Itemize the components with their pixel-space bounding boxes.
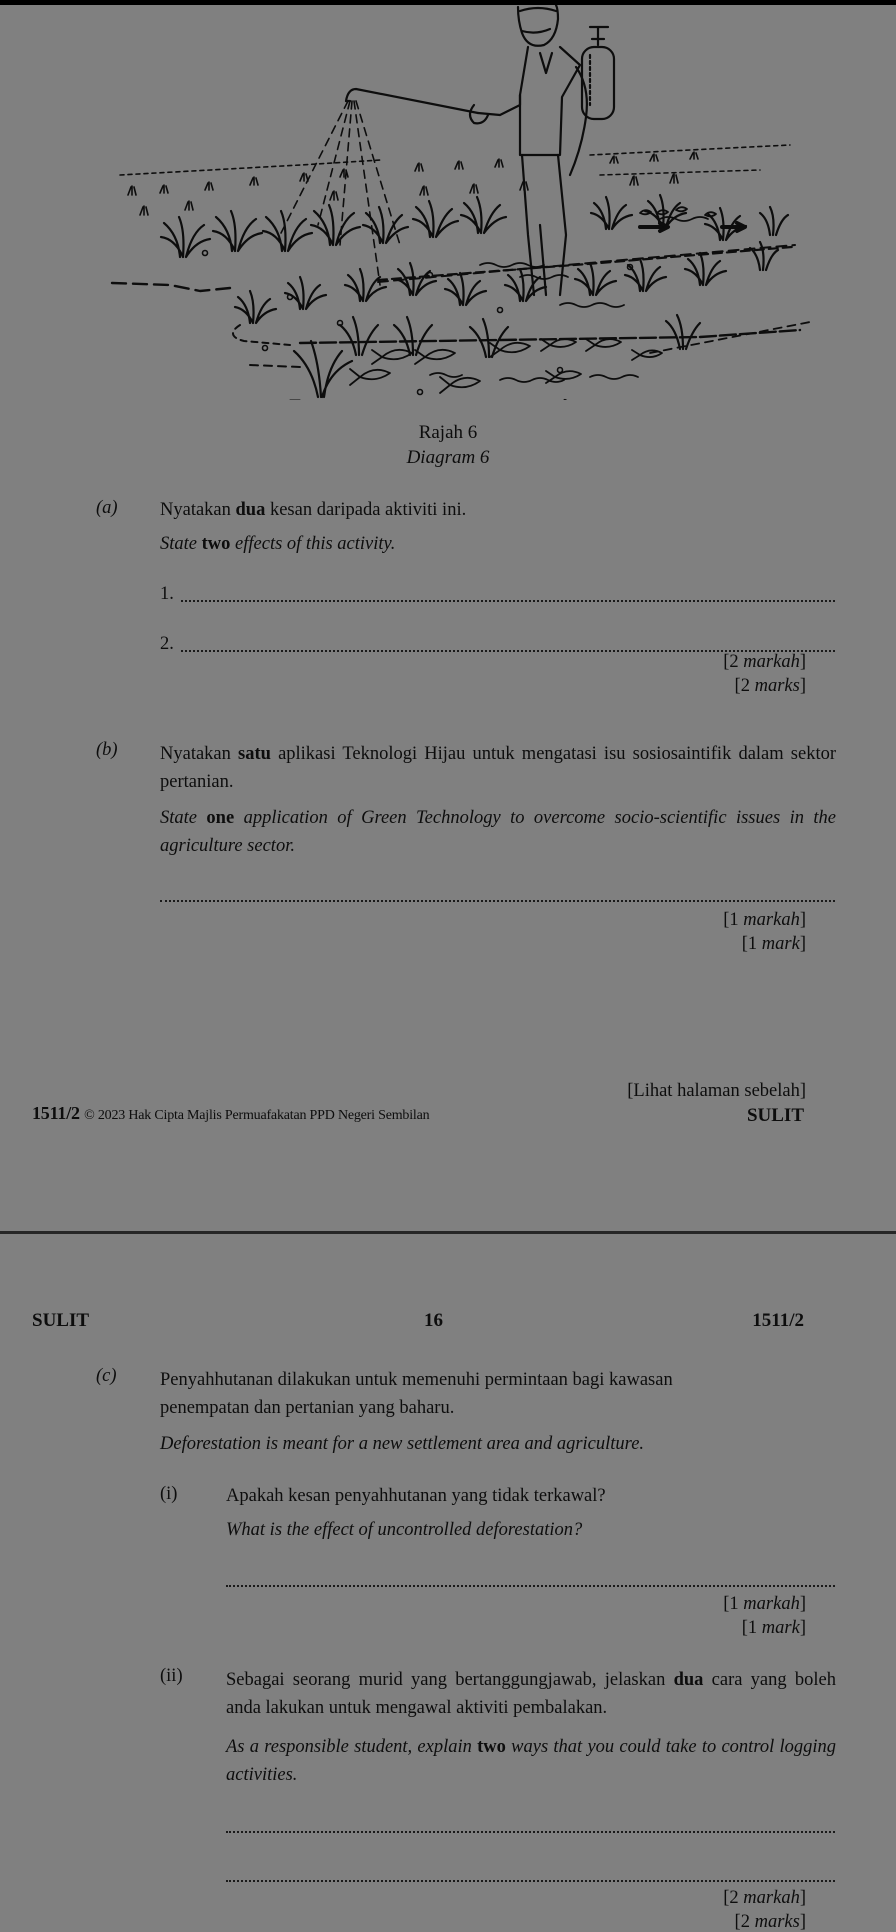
pesticide-spray [280, 101, 400, 285]
question-b-english: State one application of Green Technolog… [160, 804, 836, 860]
marks-a-english: [2 marks] [735, 676, 806, 697]
question-c-i-label: (i) [160, 1484, 177, 1505]
figure-caption-english: Diagram 6 [0, 447, 896, 469]
question-c-i-malay: Apakah kesan penyahhutanan yang tidak te… [226, 1484, 606, 1508]
question-b-malay: Nyatakan satu aplikasi Teknologi Hijau u… [160, 740, 836, 796]
farmer [470, 5, 614, 295]
answer-line-c-ii-1[interactable] [226, 1831, 835, 1833]
header-page-number: 16 [424, 1310, 443, 1332]
marks-a-malay: [2 markah] [723, 652, 806, 673]
marks-c-ii-malay: [2 markah] [723, 1888, 806, 1909]
sprayer-wand [346, 89, 478, 113]
fish-group [350, 207, 716, 393]
question-c-ii-malay: Sebagai seorang murid yang bertanggungja… [226, 1666, 836, 1722]
marks-b-malay: [1 markah] [723, 910, 806, 931]
figure-caption-malay: Rajah 6 [0, 422, 896, 444]
answer-line-a1-number: 1. [160, 582, 174, 606]
answer-line-b[interactable] [160, 900, 835, 902]
question-a-english: State two effects of this activity. [160, 532, 395, 556]
question-c-english: Deforestation is meant for a new settlem… [160, 1432, 644, 1456]
question-c-ii-label: (ii) [160, 1666, 183, 1687]
footer-classification: SULIT [747, 1105, 804, 1127]
question-b-label: (b) [96, 740, 118, 761]
see-next-page-note: [Lihat halaman sebelah] [627, 1081, 806, 1102]
header-classification: SULIT [32, 1310, 89, 1332]
flow-arrows [400, 223, 745, 400]
question-a-label: (a) [96, 498, 118, 519]
question-a-malay: Nyatakan dua kesan daripada aktiviti ini… [160, 498, 466, 522]
question-c-label: (c) [96, 1366, 117, 1387]
question-c-malay: Penyahhutanan dilakukan untuk memenuhi p… [160, 1366, 760, 1422]
answer-line-c-ii-2[interactable] [226, 1880, 835, 1882]
answer-line-a2-number: 2. [160, 632, 174, 656]
answer-line-c-i[interactable] [226, 1585, 835, 1587]
question-c-ii-english: As a responsible student, explain two wa… [226, 1733, 836, 1789]
header-paper-code: 1511/2 [752, 1310, 804, 1332]
page-break-divider [0, 1231, 896, 1234]
answer-line-a1[interactable] [181, 600, 835, 602]
marks-b-english: [1 mark] [742, 934, 806, 955]
diagram-6-illustration [0, 5, 896, 400]
marks-c-ii-english: [2 marks] [735, 1912, 806, 1932]
marks-c-i-english: [1 mark] [742, 1618, 806, 1639]
footer-copyright: 1511/2 © 2023 Hak Cipta Majlis Permuafak… [32, 1103, 429, 1124]
marks-c-i-malay: [1 markah] [723, 1594, 806, 1615]
question-c-i-english: What is the effect of uncontrolled defor… [226, 1518, 582, 1542]
